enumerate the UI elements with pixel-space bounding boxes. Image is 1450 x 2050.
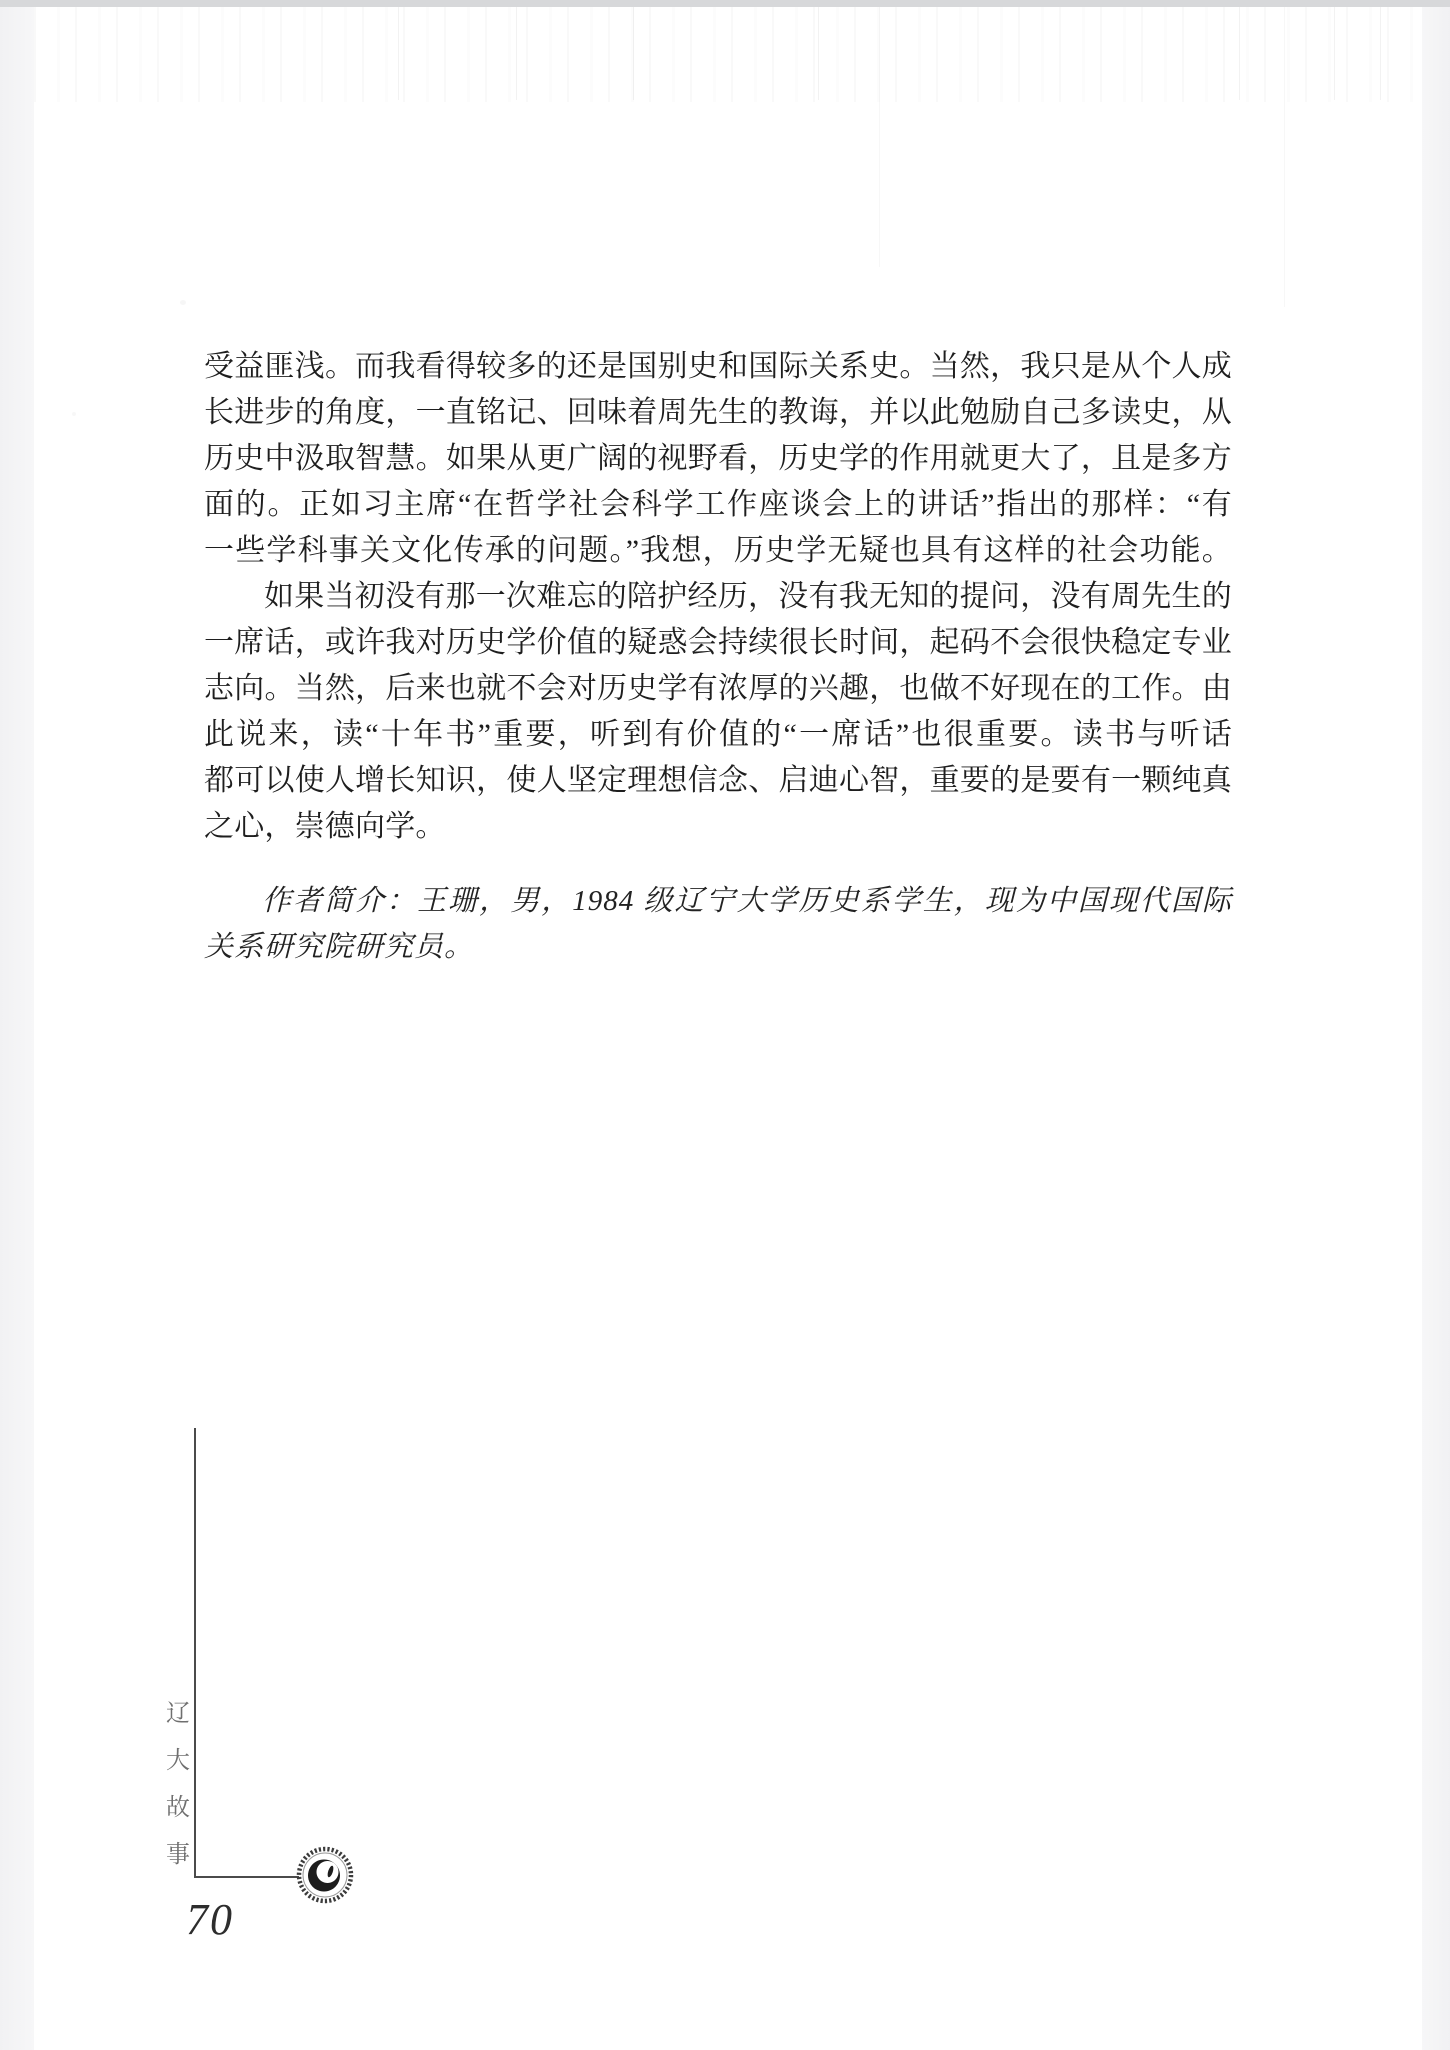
- body-text-line: 志向。当然，后来也就不会对历史学有浓厚的兴趣，也做不好现在的工作。由: [204, 666, 1232, 712]
- crescent-stamp-icon: [295, 1845, 355, 1905]
- scan-line-artifact: [1239, 7, 1240, 100]
- scan-speck-artifact: [72, 412, 76, 416]
- body-text-line: 一些学科事关文化传承的问题。”我想，历史学无疑也具有这样的社会功能。: [204, 528, 1232, 574]
- series-title-vertical: 辽 大 故 事: [163, 1702, 193, 1867]
- series-title-char: 辽: [166, 1702, 190, 1726]
- body-text-line: 面的。正如习主席“在哲学社会科学工作座谈会上的讲话”指出的那样：“有: [204, 482, 1232, 528]
- body-text-line: 如果当初没有那一次难忘的陪护经历，没有我无知的提问，没有周先生的: [204, 574, 1232, 620]
- author-bio-block: 作者简介：王珊，男，1984 级辽宁大学历史系学生，现为中国现代国际 关系研究院…: [204, 878, 1232, 970]
- scan-line-artifact: [1284, 7, 1285, 307]
- body-text-line: 都可以使人增长知识，使人坚定理想信念、启迪心智，重要的是要有一颗纯真: [204, 758, 1232, 804]
- body-text-line: 受益匪浅。而我看得较多的还是国别史和国际关系史。当然，我只是从个人成: [204, 344, 1232, 390]
- body-text-line: 长进步的角度，一直铭记、回味着周先生的教诲，并以此勉励自己多读史，从: [204, 390, 1232, 436]
- scan-line-artifact: [633, 7, 634, 100]
- series-title-char: 事: [166, 1843, 190, 1867]
- footer-vertical-rule: [194, 1428, 196, 1878]
- series-title-char: 大: [166, 1749, 190, 1773]
- body-text-line: 之心，崇德向学。: [204, 804, 1232, 850]
- series-title-char: 故: [166, 1796, 190, 1820]
- scan-line-artifact: [516, 7, 517, 100]
- body-text-line: 一席话，或许我对历史学价值的疑惑会持续很长时间，起码不会很快稳定专业: [204, 620, 1232, 666]
- body-text-line: 历史中汲取智慧。如果从更广阔的视野看，历史学的作用就更大了，且是多方: [204, 436, 1232, 482]
- scan-line-artifact: [818, 7, 819, 100]
- scan-streak-artifacts: [34, 7, 1422, 102]
- author-bio-line: 作者简介：王珊，男，1984 级辽宁大学历史系学生，现为中国现代国际: [204, 878, 1232, 924]
- body-text-line: 此说来，读“十年书”重要，听到有价值的“一席话”也很重要。读书与听话: [204, 712, 1232, 758]
- scan-edge-right: [1422, 7, 1450, 2050]
- scan-line-artifact: [1380, 7, 1381, 100]
- page-number: 70: [186, 1896, 234, 1944]
- paper-sheet: [34, 7, 1422, 2050]
- scan-speck-artifact: [180, 300, 186, 305]
- scan-line-artifact: [1334, 7, 1335, 100]
- scan-edge-left: [0, 7, 34, 2050]
- main-text-block: 受益匪浅。而我看得较多的还是国别史和国际关系史。当然，我只是从个人成 长进步的角…: [204, 344, 1232, 850]
- scanned-book-page: 受益匪浅。而我看得较多的还是国别史和国际关系史。当然，我只是从个人成 长进步的角…: [0, 0, 1450, 2050]
- author-bio-line: 关系研究院研究员。: [204, 924, 1232, 970]
- scan-line-artifact: [879, 7, 880, 267]
- scan-line-artifact: [398, 7, 399, 100]
- footer-horizontal-rule: [195, 1876, 299, 1878]
- scan-edge-top: [0, 0, 1450, 7]
